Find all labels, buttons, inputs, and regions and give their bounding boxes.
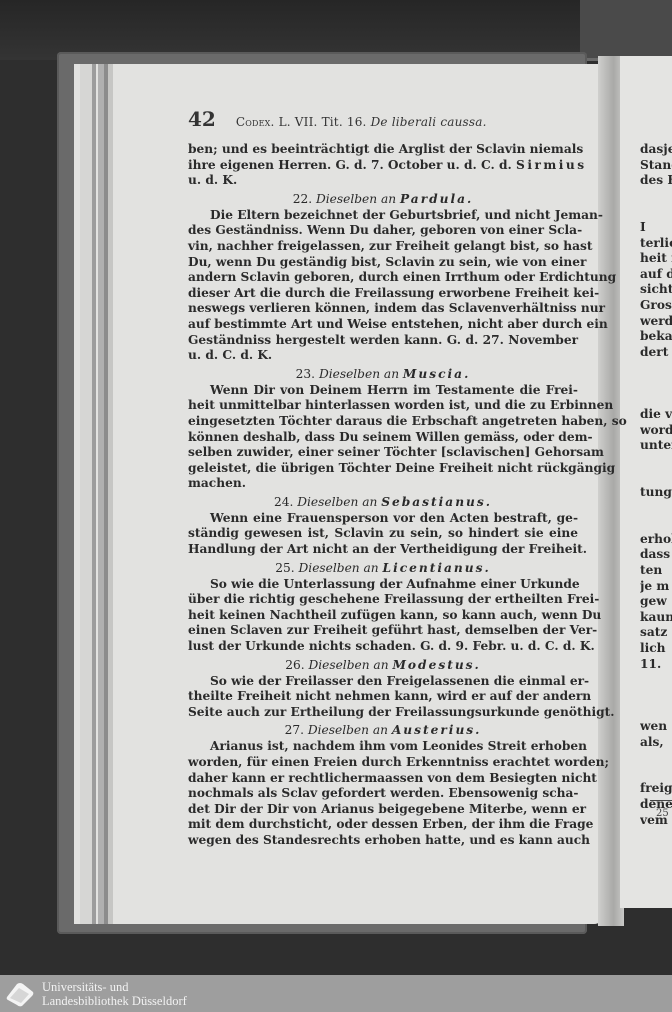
right-page-line-fragment bbox=[640, 392, 672, 408]
right-page-line-fragment bbox=[640, 204, 672, 220]
right-page-line-fragment bbox=[640, 189, 672, 205]
text-line: So wie der Freilasser den Freigelassenen… bbox=[188, 674, 578, 690]
right-page-line-fragment: dasjen bbox=[640, 142, 672, 158]
text-line: des Geständniss. Wenn Du daher, geboren … bbox=[188, 223, 578, 239]
text-line: daher kann er rechtlichermaassen von dem… bbox=[188, 771, 578, 787]
text-line: u. d. C. d. K. bbox=[188, 348, 578, 364]
running-title: Codex. L. VII. Tit. 16. De liberali caus… bbox=[236, 115, 487, 131]
right-page-line-fragment: satz bbox=[640, 625, 672, 641]
text-line: machen. bbox=[188, 476, 578, 492]
text-line: ihre eigenen Herren. G. d. 7. October u.… bbox=[188, 158, 578, 174]
text-line: Die Eltern bezeichnet der Geburtsbrief, … bbox=[188, 208, 578, 224]
section-heading: 27. Dieselben an Austerius. bbox=[188, 721, 578, 739]
text-line: selben zuwider, einer seiner Töchter [sc… bbox=[188, 445, 578, 461]
right-page-text: dasjenStanddes EIterlichheit nauf dsicht… bbox=[640, 142, 672, 828]
section-heading: 23. Dieselben an Muscia. bbox=[188, 365, 578, 383]
right-page-line-fragment bbox=[640, 501, 672, 517]
right-page-line-fragment bbox=[640, 750, 672, 766]
text-line: vin, nachher freigelassen, zur Freiheit … bbox=[188, 239, 578, 255]
text-line: neswegs verlieren können, indem das Scla… bbox=[188, 301, 578, 317]
text-line: dieser Art die durch die Freilassung erw… bbox=[188, 286, 578, 302]
section-heading: 24. Dieselben an Sebastianus. bbox=[188, 493, 578, 511]
right-page-line-fragment bbox=[640, 469, 672, 485]
right-page-line-fragment: Gross bbox=[640, 298, 672, 314]
background bbox=[0, 0, 672, 60]
right-page-line-fragment: dass bbox=[640, 547, 672, 563]
right-page-line-fragment: ten bbox=[640, 563, 672, 579]
right-page-line-fragment: erhob bbox=[640, 532, 672, 548]
page-stack-edge bbox=[108, 64, 113, 924]
right-page-line-fragment bbox=[640, 672, 672, 688]
sections-container: 22. Dieselben an Pardula.Die Eltern beze… bbox=[188, 190, 578, 849]
running-head: 42 Codex. L. VII. Tit. 16. De liberali c… bbox=[188, 112, 578, 142]
text-line: ben; und es beeinträchtigt die Arglist d… bbox=[188, 142, 578, 158]
library-book-icon bbox=[4, 980, 36, 1008]
right-page-line-fragment: dert v bbox=[640, 345, 672, 361]
right-page-line-fragment: unter bbox=[640, 438, 672, 454]
text-line: auf bestimmte Art und Weise entstehen, n… bbox=[188, 317, 578, 333]
right-page-line-fragment: 11. bbox=[640, 657, 672, 673]
right-page-line-fragment: heit n bbox=[640, 251, 672, 267]
section-heading: 25. Dieselben an Licentianus. bbox=[188, 559, 578, 577]
left-page-text: 42 Codex. L. VII. Tit. 16. De liberali c… bbox=[188, 112, 578, 849]
text-line: wegen des Standesrechts erhoben hatte, u… bbox=[188, 833, 578, 849]
right-page-line-fragment: bekan bbox=[640, 329, 672, 345]
text-line: Wenn Dir von Deinem Herrn im Testamente … bbox=[188, 383, 578, 399]
library-name: Universitäts- und Landesbibliothek Düsse… bbox=[42, 980, 187, 1008]
text-line: über die richtig geschehene Freilassung … bbox=[188, 592, 578, 608]
right-page-line-fragment: je m bbox=[640, 579, 672, 595]
text-line: Arianus ist, nachdem ihm vom Leonides St… bbox=[188, 739, 578, 755]
text-line: Handlung der Art nicht an der Vertheidig… bbox=[188, 542, 578, 558]
text-line: andern Sclavin geboren, durch einen Irrt… bbox=[188, 270, 578, 286]
right-page-line-fragment bbox=[640, 360, 672, 376]
right-page-line-fragment: wen bbox=[640, 719, 672, 735]
right-page-line-fragment: als, bbox=[640, 735, 672, 751]
right-page-line-fragment: werd bbox=[640, 314, 672, 330]
text-line: Geständniss hergestelt werden kann. G. d… bbox=[188, 333, 578, 349]
text-line: heit unmittelbar hinterlassen worden ist… bbox=[188, 398, 578, 414]
page-number: 42 bbox=[188, 112, 216, 128]
text-line: nochmals als Sclav gefordert werden. Ebe… bbox=[188, 786, 578, 802]
right-page-line-fragment bbox=[640, 703, 672, 719]
text-line: ständig gewesen ist, Sclavin zu sein, so… bbox=[188, 526, 578, 542]
text-line: theilte Freiheit nicht nehmen kann, wird… bbox=[188, 689, 578, 705]
text-line: heit keinen Nachtheil zufügen kann, so k… bbox=[188, 608, 578, 624]
right-page-line-fragment: die v bbox=[640, 407, 672, 423]
footnote-rule bbox=[650, 800, 672, 801]
right-page-line-fragment bbox=[640, 516, 672, 532]
text-line: Wenn eine Frauensperson vor den Acten be… bbox=[188, 511, 578, 527]
right-page-line-fragment: freig bbox=[640, 781, 672, 797]
right-page-line-fragment: sicht bbox=[640, 282, 672, 298]
text-line: u. d. K. bbox=[188, 173, 578, 189]
text-line: Du, wenn Du geständig bist, Sclavin zu s… bbox=[188, 255, 578, 271]
right-page-line-fragment bbox=[640, 766, 672, 782]
right-page-line-fragment bbox=[640, 688, 672, 704]
text-line: worden, für einen Freien durch Erkenntni… bbox=[188, 755, 578, 771]
right-page-line-fragment: word bbox=[640, 423, 672, 439]
text-line: So wie die Unterlassung der Aufnahme ein… bbox=[188, 577, 578, 593]
text-line: det Dir der Dir von Arianus beigegebene … bbox=[188, 802, 578, 818]
right-page-line-fragment: kaun bbox=[640, 610, 672, 626]
right-page-line-fragment: auf d bbox=[640, 267, 672, 283]
right-page-line-fragment: terlich bbox=[640, 236, 672, 252]
right-page-line-fragment: lich bbox=[640, 641, 672, 657]
right-page-line-fragment bbox=[640, 376, 672, 392]
text-line: können deshalb, dass Du seinem Willen ge… bbox=[188, 430, 578, 446]
text-line: lust der Urkunde nichts schaden. G. d. 9… bbox=[188, 639, 578, 655]
section-heading: 22. Dieselben an Pardula. bbox=[188, 190, 578, 208]
text-line: Seite auch zur Ertheilung der Freilassun… bbox=[188, 705, 578, 721]
right-cover-edge bbox=[580, 0, 672, 61]
section-heading: 26. Dieselben an Modestus. bbox=[188, 656, 578, 674]
text-line: einen Sclaven zur Freiheit geführt hast,… bbox=[188, 623, 578, 639]
right-page-line-fragment bbox=[640, 454, 672, 470]
right-page-line-fragment: I bbox=[640, 220, 672, 236]
right-page-line-fragment: gew bbox=[640, 594, 672, 610]
text-line: geleistet, die übrigen Töchter Deine Fre… bbox=[188, 461, 578, 477]
page-stack-edge bbox=[92, 64, 96, 924]
text-line: mit dem durchsticht, oder dessen Erben, … bbox=[188, 817, 578, 833]
signature-mark: 25 bbox=[656, 808, 669, 819]
right-page-line-fragment: Stand bbox=[640, 158, 672, 174]
text-line: eingesetzten Töchter daraus die Erbschaf… bbox=[188, 414, 578, 430]
right-page-line-fragment: des E bbox=[640, 173, 672, 189]
right-page-line-fragment: tung bbox=[640, 485, 672, 501]
